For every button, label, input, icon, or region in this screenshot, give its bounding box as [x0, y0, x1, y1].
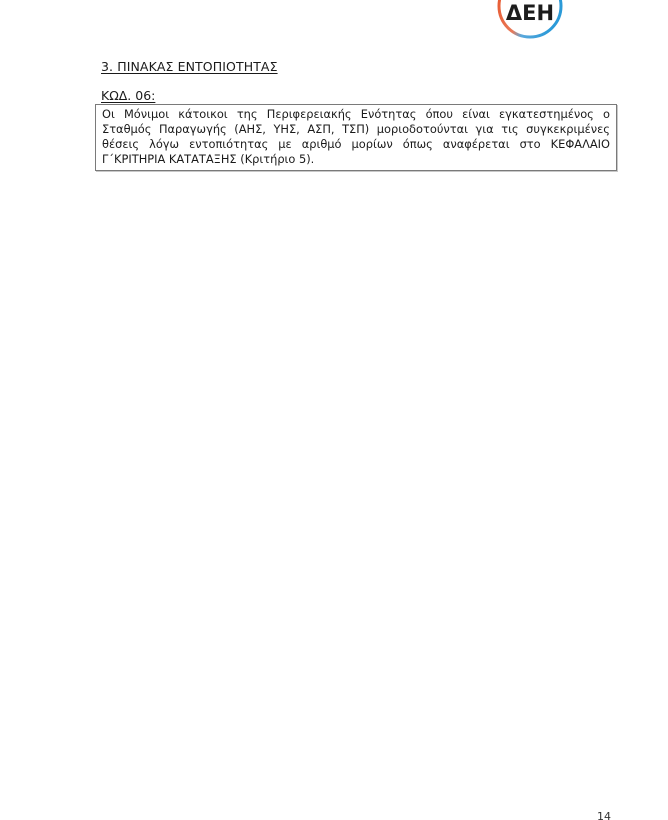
section-title: 3. ΠΙΝΑΚΑΣ ΕΝΤΟΠΙΟΤΗΤΑΣ — [101, 59, 278, 74]
deh-logo: ΔΕΗ — [496, 0, 564, 40]
deh-logo-icon: ΔΕΗ — [496, 0, 564, 40]
page-number: 14 — [597, 810, 611, 820]
logo-text: ΔΕΗ — [506, 1, 554, 25]
code-label: ΚΩΔ. 06: — [101, 88, 155, 103]
localization-info-box: Οι Μόνιμοι κάτοικοι της Περιφερειακής Εν… — [95, 104, 617, 171]
info-box-text: Οι Μόνιμοι κάτοικοι της Περιφερειακής Εν… — [102, 107, 610, 166]
